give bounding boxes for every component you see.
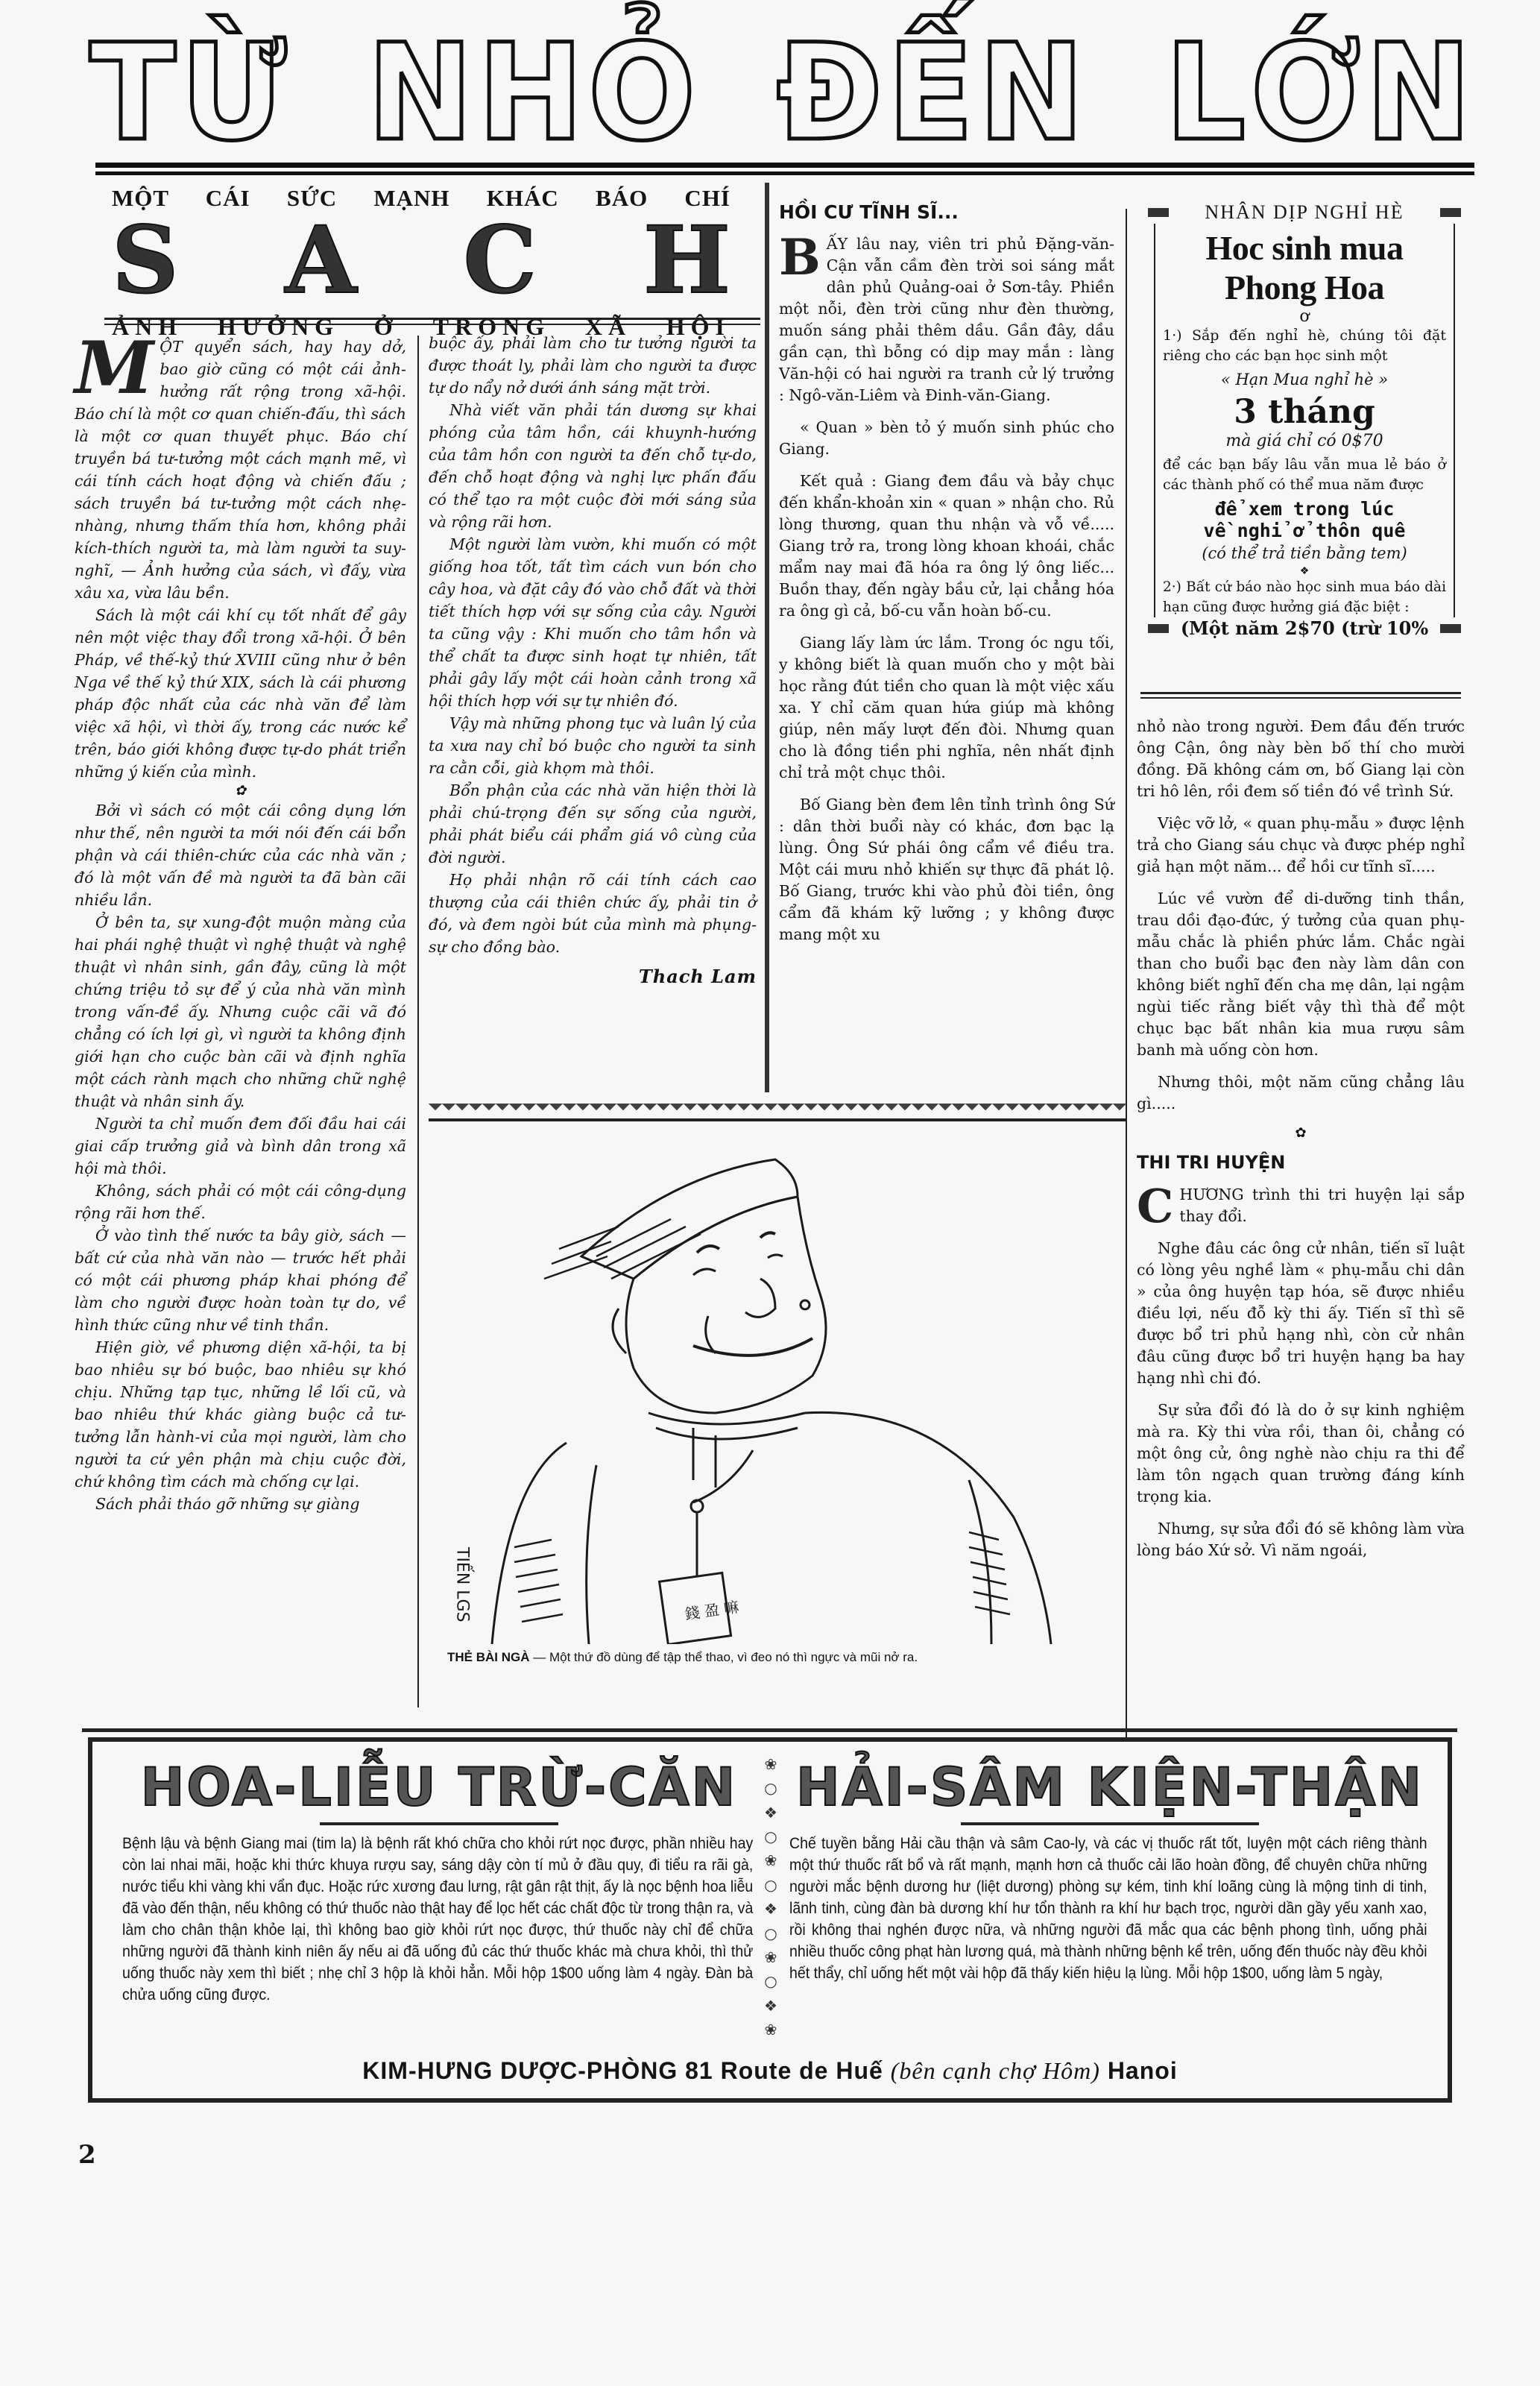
promo-price: mà giá chỉ có 0$70	[1163, 432, 1446, 450]
paragraph: buộc ấy, phải làm cho tư tưởng người ta …	[429, 332, 757, 399]
promo-annual-price: (Một năm 2$70 (trừ 10%	[1181, 617, 1428, 639]
paragraph: Lúc về vườn để di-dưỡng tinh thần, trau …	[1137, 888, 1465, 1061]
article-title: S A C H	[112, 215, 730, 307]
promo-title: Hoc sinh mua Phong Hoa	[1163, 228, 1446, 307]
ornament-icon: ❖	[1163, 565, 1446, 577]
cartoon-rule	[429, 1118, 1126, 1121]
paragraph: Nghe đâu các ông cử nhân, tiến sĩ luật c…	[1137, 1238, 1465, 1389]
ad-footer: KIM-HƯNG DƯỢC-PHÒNG 81 Route de Huế (bên…	[92, 2057, 1448, 2085]
masthead-title: TỪ NHỎ ĐẾN LỚN	[89, 27, 1476, 160]
section-heading: HỒI CƯ TĨNH SĨ...	[779, 201, 1114, 223]
section-heading: THI TRI HUYỆN	[1137, 1152, 1465, 1174]
masthead-word: LỚN	[1165, 27, 1476, 160]
masthead-word: NHỎ	[367, 27, 700, 160]
tag-characters: 錢 盈 嘛	[684, 1598, 739, 1623]
dropcap-c: C	[1137, 1187, 1173, 1226]
bottom-advertisement: HOA-LIỄU TRỪ-CĂN Bệnh lậu và bệnh Giang …	[88, 1737, 1452, 2103]
paragraph: Sự sửa đổi đó là do ở sự kinh nghiệm mà …	[1137, 1400, 1465, 1508]
header-rule	[104, 318, 760, 320]
masthead-rule-top	[95, 163, 1474, 168]
ad-footer-address: KIM-HƯNG DƯỢC-PHÒNG 81 Route de Huế	[362, 2057, 883, 2084]
paragraph: Việc vỡ lở, « quan phụ-mẫu » được lệnh t…	[1137, 813, 1465, 878]
paragraph: nhỏ nào trong người. Đem đầu đến trước ô…	[1137, 716, 1465, 802]
ornament-icon: ✿	[1137, 1125, 1465, 1142]
ornament-icon: ✿	[75, 783, 406, 799]
byline: Thach Lam	[429, 966, 757, 988]
ornament-icon: ơ	[1163, 307, 1446, 326]
dropcap-b: B	[779, 236, 821, 278]
paragraph: Bổn phận của các nhà văn hiện thời là ph…	[429, 779, 757, 869]
paragraph: ẤY lâu nay, viên tri phủ Đặng-văn-Cận vẫ…	[779, 235, 1114, 404]
caption-title: THẺ BÀI NGÀ	[447, 1650, 530, 1664]
paragraph: Sách là một cái khí cụ tốt nhất để gây n…	[75, 604, 406, 783]
paragraph: Bố Giang bèn đem lên tỉnh trình ông Sứ :…	[779, 794, 1114, 945]
paragraph: « Quan » bèn tỏ ý muốn sinh phúc cho Gia…	[779, 417, 1114, 460]
decor-block-icon	[1440, 208, 1461, 217]
paragraph: Ở vào tình thế nước ta bây giờ, sách — b…	[75, 1224, 406, 1336]
paragraph: Bởi vì sách có một cái công dụng lớn như…	[75, 799, 406, 911]
caption-text: — Một thứ đồ dùng để tập thể thao, vì đe…	[533, 1650, 918, 1664]
ad-top-rule	[82, 1728, 1457, 1732]
masthead-word: ĐẾN	[777, 27, 1089, 160]
paragraph: Người ta chỉ muốn đem đối đầu hai cái gi…	[75, 1112, 406, 1180]
zigzag-border	[429, 1104, 1126, 1117]
decor-block-icon	[1148, 624, 1169, 633]
promo-header: NHÂN DỊP NGHỈ HÈ	[1148, 201, 1461, 224]
promo-rule	[1140, 697, 1461, 699]
ad-body: Chế tuyền bằng Hải cầu thận và sâm Cao-l…	[789, 1833, 1427, 1984]
right-column: nhỏ nào trong người. Đem đầu đến trước ô…	[1137, 716, 1465, 1572]
ad-headline: HẢI-SÂM KIỆN-THẬN	[789, 1757, 1430, 1818]
cu-tinh-si-column: HỒI CƯ TĨNH SĨ... BẤY lâu nay, viên tri …	[779, 201, 1114, 956]
ad-headline: HOA-LIỄU TRỪ-CĂN	[122, 1757, 756, 1818]
paragraph: Họ phải nhận rõ cái tính cách cao thượng…	[429, 869, 757, 958]
cartoon-caption: THẺ BÀI NGÀ — Một thứ đồ dùng để tập thể…	[447, 1648, 1103, 1667]
ad-underline	[961, 1822, 1259, 1825]
ad-body: Bệnh lậu và bệnh Giang mai (tim la) là b…	[122, 1833, 753, 2006]
paragraph: Hiện giờ, về phương diện xã-hội, ta bị b…	[75, 1336, 406, 1493]
paragraph: Không, sách phải có một cái công-dụng rộ…	[75, 1180, 406, 1224]
promo-item-1: 1·) Sắp đến nghỉ hè, chúng tôi đặt riêng…	[1163, 326, 1446, 366]
title-letter: C	[463, 215, 537, 307]
promo-desc: để các bạn bấy lâu vẫn mua lẻ báo ở các …	[1163, 455, 1446, 495]
paragraph: Nhưng, sự sửa đổi đó sẽ không làm vừa lò…	[1137, 1518, 1465, 1561]
dropcap-m: M	[75, 339, 154, 398]
ad-underline	[320, 1822, 558, 1825]
masthead-word: TỪ	[89, 27, 291, 160]
paragraph: Kết quả : Giang đem đầu và bảy chục đến …	[779, 470, 1114, 622]
paragraph: Vậy mà những phong tục và luân lý của ta…	[429, 712, 757, 779]
artist-signature: TIẾN LGS	[453, 1546, 474, 1622]
title-letter: H	[643, 215, 730, 307]
column-divider	[417, 336, 419, 1707]
decor-block-icon	[1148, 208, 1169, 217]
paragraph: Nhà viết văn phải tán dương sự khai phón…	[429, 399, 757, 533]
column-divider-thick	[765, 183, 769, 1092]
header-rule	[104, 324, 760, 325]
ad-right: HẢI-SÂM KIỆN-THẬN Chế tuyền bằng Hải cầu…	[789, 1757, 1430, 1984]
decor-block-icon	[1440, 624, 1461, 633]
paragraph: Nhưng thôi, một năm cũng chẳng lâu gì...…	[1137, 1071, 1465, 1115]
promo-box: NHÂN DỊP NGHỈ HÈ Hoc sinh mua Phong Hoa …	[1148, 201, 1461, 639]
paragraph: Một người làm vườn, khi muốn có một giốn…	[429, 533, 757, 712]
promo-emphasis: để xem trong lúc	[1163, 498, 1446, 520]
title-letter: A	[285, 215, 356, 307]
paragraph: Ở bên ta, sự xung-đột muộn màng của hai …	[75, 911, 406, 1112]
paragraph: HƯƠNG trình thi tri huyện lại sắp thay đ…	[1179, 1186, 1465, 1225]
promo-rule	[1140, 692, 1461, 694]
ad-footer-city: Hanoi	[1108, 2057, 1178, 2084]
promo-note: (có thể trả tiền bằng tem)	[1163, 544, 1446, 562]
title-letter: S	[112, 215, 179, 307]
ad-footer-location: (bên cạnh chợ Hôm)	[891, 2057, 1100, 2084]
column-divider	[1126, 209, 1127, 1737]
paragraph: Giang lấy làm ức lắm. Trong óc ngu tối, …	[779, 632, 1114, 784]
promo-quote: « Hạn Mua nghỉ hè »	[1163, 371, 1446, 388]
ad-left: HOA-LIỄU TRỪ-CĂN Bệnh lậu và bệnh Giang …	[122, 1757, 756, 2006]
ad-divider-ornament: ❀○❖○❀○❖○❀○❖❀	[763, 1755, 778, 2039]
promo-footer: (Một năm 2$70 (trừ 10%	[1148, 617, 1461, 639]
promo-item-2: 2·) Bất cứ báo nào học sinh mua báo dài …	[1163, 577, 1446, 617]
cartoon-illustration: 錢 盈 嘛 TIẾN LGS	[447, 1130, 1103, 1644]
page-number: 2	[78, 2140, 96, 2170]
promo-header-text: NHÂN DỊP NGHỈ HÈ	[1205, 201, 1404, 224]
sach-column-1: MỘT quyển sách, hay hay dở, bao giờ cũng…	[75, 336, 406, 1515]
masthead-rule-bottom	[95, 171, 1474, 175]
sach-column-2: buộc ấy, phải làm cho tư tưởng người ta …	[429, 332, 757, 988]
article-kicker: MỘT CÁI SỨC MẠNH KHÁC BÁO CHÍ	[112, 185, 730, 212]
promo-duration: 3 tháng	[1163, 393, 1446, 432]
paragraph: Sách phải tháo gỡ những sự giàng	[75, 1493, 406, 1515]
promo-emphasis: về nghỉ ở thôn quê	[1163, 520, 1446, 541]
